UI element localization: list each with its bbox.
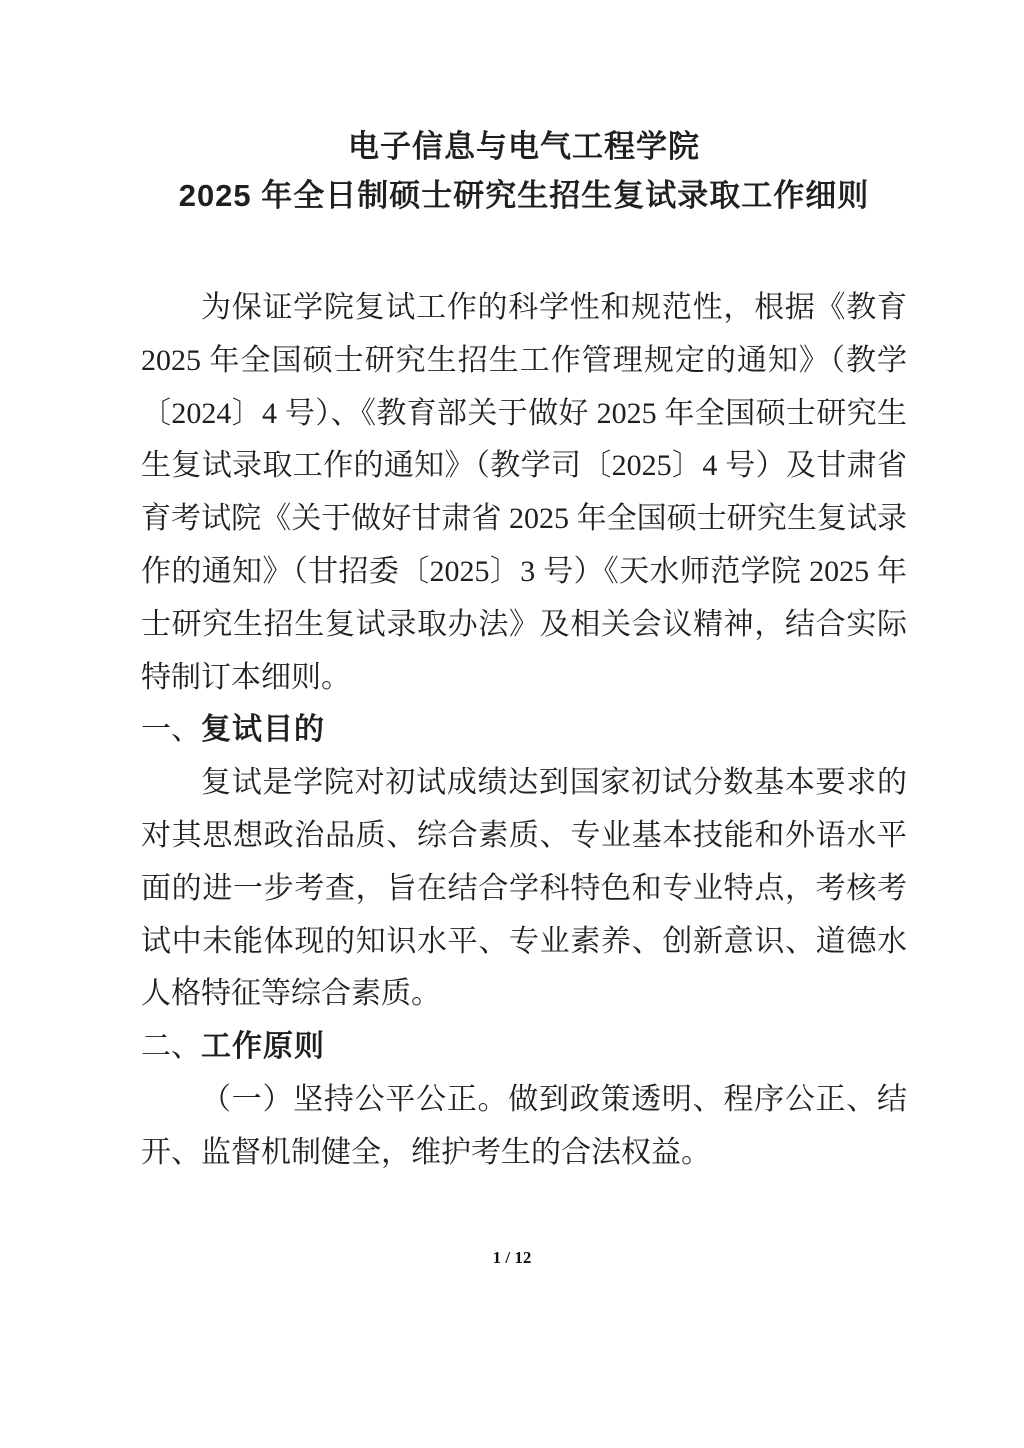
intro-paragraph-line: 2025 年全国硕士研究生招生工作管理规定的通知》（教学	[141, 335, 907, 388]
section1-paragraph-line: 面的进一步考查，旨在结合学科特色和专业特点，考核考生初	[141, 863, 907, 916]
section2-paragraph-line: （一）坚持公平公正。做到政策透明、程序公正、结果公	[141, 1074, 907, 1127]
intro-paragraph-line: 生复试录取工作的通知》（教学司〔2025〕4 号）及甘肃省教	[141, 440, 907, 493]
document-title-line-2: 2025 年全日制硕士研究生招生复试录取工作细则	[141, 171, 907, 220]
section1-paragraph-line: 对其思想政治品质、综合素质、专业基本技能和外语水平等方	[141, 810, 907, 863]
intro-paragraph-line: 作的通知》（甘招委〔2025〕3 号）《天水师范学院 2025 年硕	[141, 546, 907, 599]
document-body: 为保证学院复试工作的科学性和规范性，根据《教育部 2025 年全国硕士研究生招生…	[141, 282, 907, 1180]
document-title-block: 电子信息与电气工程学院 2025 年全日制硕士研究生招生复试录取工作细则	[141, 0, 907, 220]
heading-label: 工作原则	[201, 1030, 325, 1063]
heading-label: 复试目的	[201, 713, 325, 746]
document-content: 电子信息与电气工程学院 2025 年全日制硕士研究生招生复试录取工作细则 为保证…	[141, 0, 907, 1180]
section1-paragraph-line: 试中未能体现的知识水平、专业素养、创新意识、道德水准、	[141, 916, 907, 969]
intro-paragraph-line: 特制订本细则。	[141, 652, 907, 705]
section-heading-retest-purpose: 一、复试目的	[141, 704, 907, 757]
section2-paragraph-line: 开、监督机制健全，维护考生的合法权益。	[141, 1127, 907, 1180]
page-number-indicator: 1 / 12	[0, 1248, 1024, 1268]
intro-paragraph-line: 育考试院《关于做好甘肃省 2025 年全国硕士研究生复试录取工	[141, 493, 907, 546]
document-title-line-1: 电子信息与电气工程学院	[141, 122, 907, 171]
section1-paragraph-line: 人格特征等综合素质。	[141, 968, 907, 1021]
intro-paragraph-line: 为保证学院复试工作的科学性和规范性，根据《教育部	[141, 282, 907, 335]
document-page: 电子信息与电气工程学院 2025 年全日制硕士研究生招生复试录取工作细则 为保证…	[0, 0, 1024, 1448]
heading-number: 二、	[141, 1030, 201, 1063]
heading-number: 一、	[141, 713, 201, 746]
section-heading-work-principles: 二、工作原则	[141, 1021, 907, 1074]
section1-paragraph-line: 复试是学院对初试成绩达到国家初试分数基本要求的考生，	[141, 757, 907, 810]
intro-paragraph-line: 士研究生招生复试录取办法》及相关会议精神，结合实际情况，	[141, 599, 907, 652]
intro-paragraph-line: 〔2024〕4 号）、《教育部关于做好 2025 年全国硕士研究生招	[141, 388, 907, 441]
